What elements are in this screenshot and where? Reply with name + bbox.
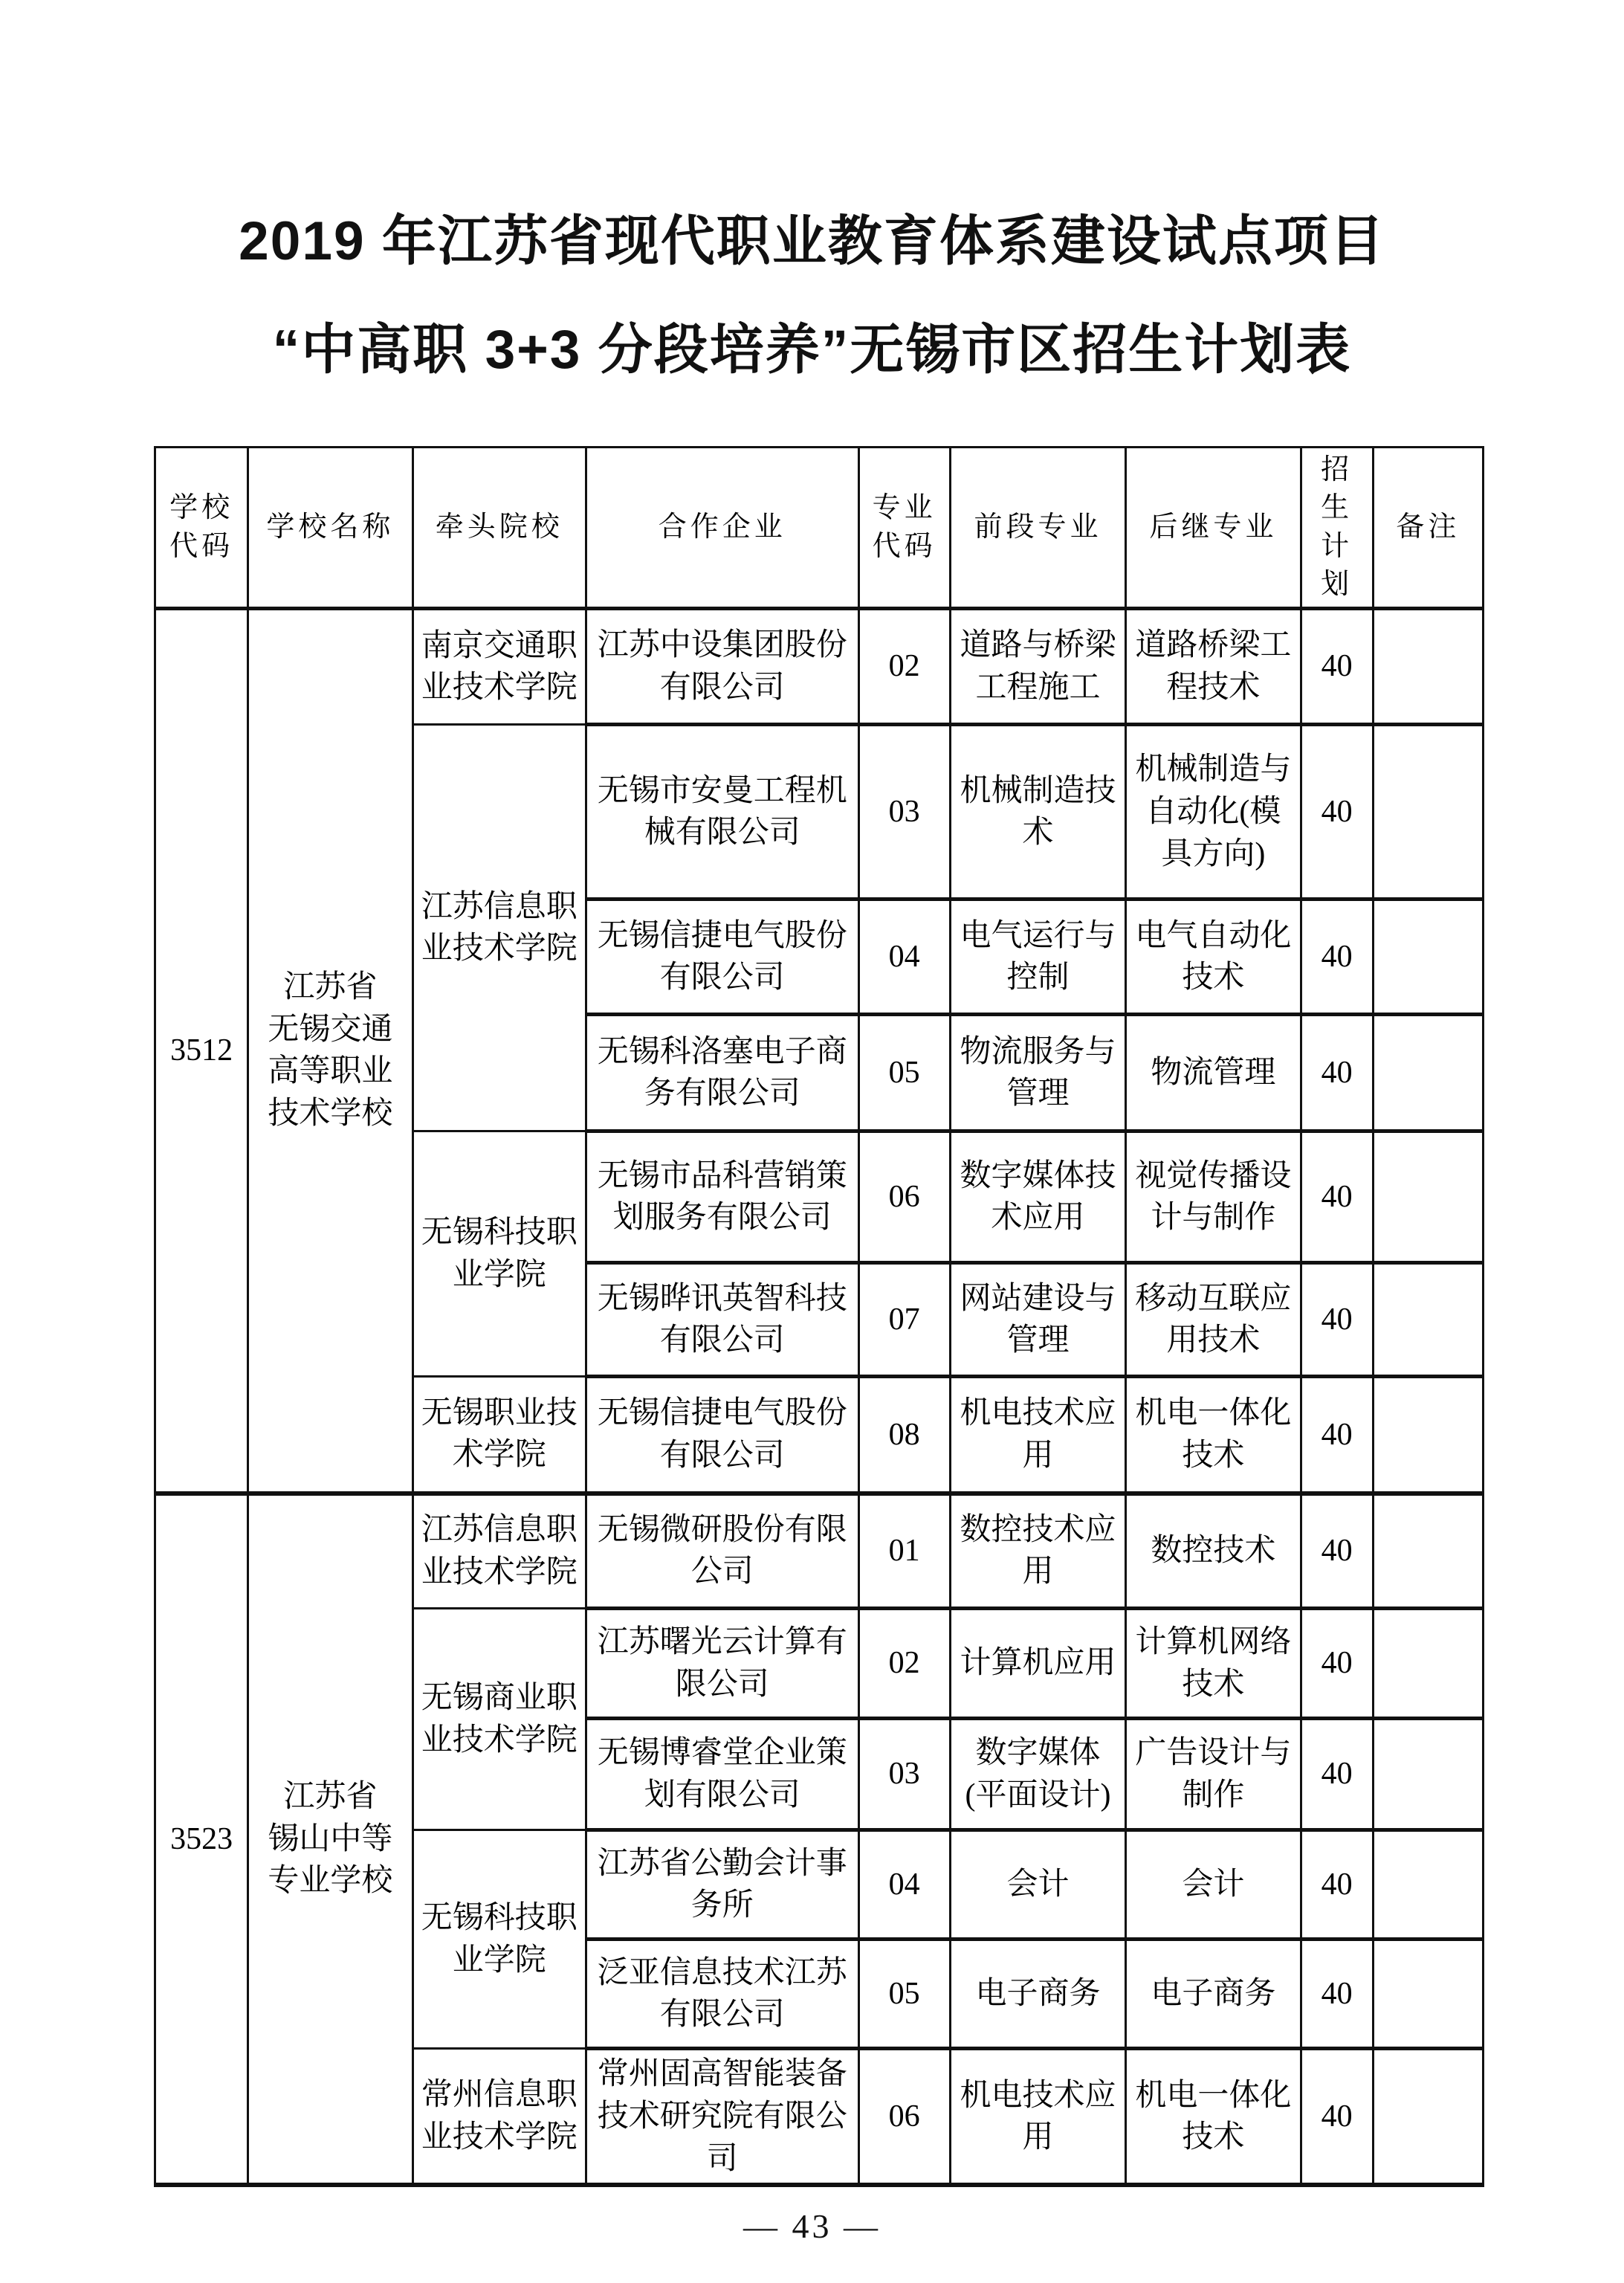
cell-front-stage-major: 电子商务 [950, 1940, 1125, 2049]
col-header-front-stage-major: 前段专业 [950, 448, 1125, 609]
cell-enrollment-plan: 40 [1301, 1263, 1373, 1377]
col-header-enrollment-plan: 招生计划 [1301, 448, 1373, 609]
cell-remarks [1373, 1719, 1483, 1830]
page-number: — 43 — [0, 2206, 1624, 2246]
col-header-major-code: 专业代码 [858, 448, 950, 609]
cell-enrollment-plan: 40 [1301, 1940, 1373, 2049]
cell-enrollment-plan: 40 [1301, 1494, 1373, 1609]
cell-follow-up-major: 机电一体化技术 [1126, 1377, 1301, 1494]
cell-remarks [1373, 1263, 1483, 1377]
enrollment-plan-table: 学校代码学校名称牵头院校合作企业专业代码前段专业后继专业招生计划备注 3512江… [154, 446, 1484, 2187]
document-page: 2019 年江苏省现代职业教育体系建设试点项目 “中高职 3+3 分段培养”无锡… [0, 0, 1624, 2283]
table-row: 3523江苏省 锡山中等 专业学校江苏信息职业技术学院无锡微研股份有限公司01数… [155, 1494, 1484, 1609]
cell-front-stage-major: 机电技术应用 [950, 1377, 1125, 1494]
col-header-follow-up-major: 后继专业 [1126, 448, 1301, 609]
cell-major-code: 03 [858, 1719, 950, 1830]
cell-follow-up-major: 物流管理 [1126, 1015, 1301, 1131]
cell-front-stage-major: 数字媒体技术应用 [950, 1131, 1125, 1263]
cell-enrollment-plan: 40 [1301, 1015, 1373, 1131]
cell-follow-up-major: 广告设计与制作 [1126, 1719, 1301, 1830]
cell-remarks [1373, 1940, 1483, 2049]
table-row: 3512江苏省 无锡交通 高等职业 技术学校南京交通职业技术学院江苏中设集团股份… [155, 609, 1484, 725]
col-header-lead-college: 牵头院校 [413, 448, 586, 609]
cell-remarks [1373, 1609, 1483, 1719]
col-header-school-code: 学校代码 [155, 448, 248, 609]
cell-remarks [1373, 609, 1483, 725]
cell-follow-up-major: 视觉传播设计与制作 [1126, 1131, 1301, 1263]
cell-partner-company: 无锡信捷电气股份有限公司 [586, 900, 858, 1015]
cell-follow-up-major: 计算机网络技术 [1126, 1609, 1301, 1719]
cell-enrollment-plan: 40 [1301, 725, 1373, 900]
cell-front-stage-major: 物流服务与管理 [950, 1015, 1125, 1131]
cell-school-code: 3523 [155, 1494, 248, 2186]
cell-enrollment-plan: 40 [1301, 1609, 1373, 1719]
cell-remarks [1373, 900, 1483, 1015]
cell-major-code: 04 [858, 900, 950, 1015]
cell-follow-up-major: 道路桥梁工程技术 [1126, 609, 1301, 725]
cell-follow-up-major: 机械制造与自动化(模具方向) [1126, 725, 1301, 900]
cell-follow-up-major: 会计 [1126, 1830, 1301, 1940]
cell-partner-company: 江苏曙光云计算有限公司 [586, 1609, 858, 1719]
cell-front-stage-major: 机械制造技术 [950, 725, 1125, 900]
cell-remarks [1373, 1494, 1483, 1609]
cell-partner-company: 常州固高智能装备技术研究院有限公司 [586, 2049, 858, 2186]
cell-front-stage-major: 网站建设与管理 [950, 1263, 1125, 1377]
col-header-partner-company: 合作企业 [586, 448, 858, 609]
cell-major-code: 08 [858, 1377, 950, 1494]
cell-school-code: 3512 [155, 609, 248, 1494]
document-title: 2019 年江苏省现代职业教育体系建设试点项目 “中高职 3+3 分段培养”无锡… [0, 0, 1624, 404]
cell-follow-up-major: 电子商务 [1126, 1940, 1301, 2049]
header-row: 学校代码学校名称牵头院校合作企业专业代码前段专业后继专业招生计划备注 [155, 448, 1484, 609]
cell-major-code: 03 [858, 725, 950, 900]
cell-lead-college: 无锡科技职业学院 [413, 1830, 586, 2049]
cell-follow-up-major: 移动互联应用技术 [1126, 1263, 1301, 1377]
cell-partner-company: 无锡微研股份有限公司 [586, 1494, 858, 1609]
cell-partner-company: 无锡科洛塞电子商务有限公司 [586, 1015, 858, 1131]
cell-front-stage-major: 道路与桥梁工程施工 [950, 609, 1125, 725]
cell-lead-college: 常州信息职业技术学院 [413, 2049, 586, 2186]
cell-remarks [1373, 1830, 1483, 1940]
cell-major-code: 07 [858, 1263, 950, 1377]
cell-partner-company: 无锡市安曼工程机械有限公司 [586, 725, 858, 900]
cell-remarks [1373, 1377, 1483, 1494]
cell-front-stage-major: 机电技术应用 [950, 2049, 1125, 2186]
cell-lead-college: 无锡职业技术学院 [413, 1377, 586, 1494]
cell-partner-company: 无锡信捷电气股份有限公司 [586, 1377, 858, 1494]
cell-enrollment-plan: 40 [1301, 1377, 1373, 1494]
cell-remarks [1373, 725, 1483, 900]
cell-partner-company: 无锡晔讯英智科技有限公司 [586, 1263, 858, 1377]
cell-remarks [1373, 1131, 1483, 1263]
cell-school-name: 江苏省 锡山中等 专业学校 [248, 1494, 413, 2186]
cell-front-stage-major: 数字媒体(平面设计) [950, 1719, 1125, 1830]
cell-partner-company: 江苏省公勤会计事务所 [586, 1830, 858, 1940]
cell-partner-company: 无锡市品科营销策划服务有限公司 [586, 1131, 858, 1263]
cell-remarks [1373, 2049, 1483, 2186]
cell-enrollment-plan: 40 [1301, 609, 1373, 725]
cell-school-name: 江苏省 无锡交通 高等职业 技术学校 [248, 609, 413, 1494]
cell-front-stage-major: 电气运行与控制 [950, 900, 1125, 1015]
cell-lead-college: 无锡商业职业技术学院 [413, 1609, 586, 1830]
cell-lead-college: 南京交通职业技术学院 [413, 609, 586, 725]
cell-lead-college: 江苏信息职业技术学院 [413, 725, 586, 1131]
cell-partner-company: 泛亚信息技术江苏有限公司 [586, 1940, 858, 2049]
document-title-line1: 2019 年江苏省现代职业教育体系建设试点项目 [0, 187, 1624, 296]
cell-enrollment-plan: 40 [1301, 900, 1373, 1015]
cell-enrollment-plan: 40 [1301, 1830, 1373, 1940]
cell-front-stage-major: 计算机应用 [950, 1609, 1125, 1719]
cell-partner-company: 江苏中设集团股份有限公司 [586, 609, 858, 725]
cell-follow-up-major: 机电一体化技术 [1126, 2049, 1301, 2186]
cell-enrollment-plan: 40 [1301, 2049, 1373, 2186]
cell-major-code: 05 [858, 1940, 950, 2049]
cell-major-code: 02 [858, 1609, 950, 1719]
cell-remarks [1373, 1015, 1483, 1131]
cell-front-stage-major: 会计 [950, 1830, 1125, 1940]
cell-major-code: 04 [858, 1830, 950, 1940]
col-header-school-name: 学校名称 [248, 448, 413, 609]
cell-major-code: 06 [858, 2049, 950, 2186]
col-header-remarks: 备注 [1373, 448, 1483, 609]
cell-major-code: 02 [858, 609, 950, 725]
cell-major-code: 05 [858, 1015, 950, 1131]
cell-lead-college: 江苏信息职业技术学院 [413, 1494, 586, 1609]
cell-lead-college: 无锡科技职业学院 [413, 1131, 586, 1377]
cell-enrollment-plan: 40 [1301, 1719, 1373, 1830]
cell-follow-up-major: 数控技术 [1126, 1494, 1301, 1609]
table-body: 3512江苏省 无锡交通 高等职业 技术学校南京交通职业技术学院江苏中设集团股份… [155, 609, 1484, 2186]
cell-enrollment-plan: 40 [1301, 1131, 1373, 1263]
cell-major-code: 01 [858, 1494, 950, 1609]
table-header: 学校代码学校名称牵头院校合作企业专业代码前段专业后继专业招生计划备注 [155, 448, 1484, 609]
cell-partner-company: 无锡博睿堂企业策划有限公司 [586, 1719, 858, 1830]
cell-front-stage-major: 数控技术应用 [950, 1494, 1125, 1609]
cell-follow-up-major: 电气自动化技术 [1126, 900, 1301, 1015]
document-title-line2: “中高职 3+3 分段培养”无锡市区招生计划表 [0, 296, 1624, 404]
cell-major-code: 06 [858, 1131, 950, 1263]
